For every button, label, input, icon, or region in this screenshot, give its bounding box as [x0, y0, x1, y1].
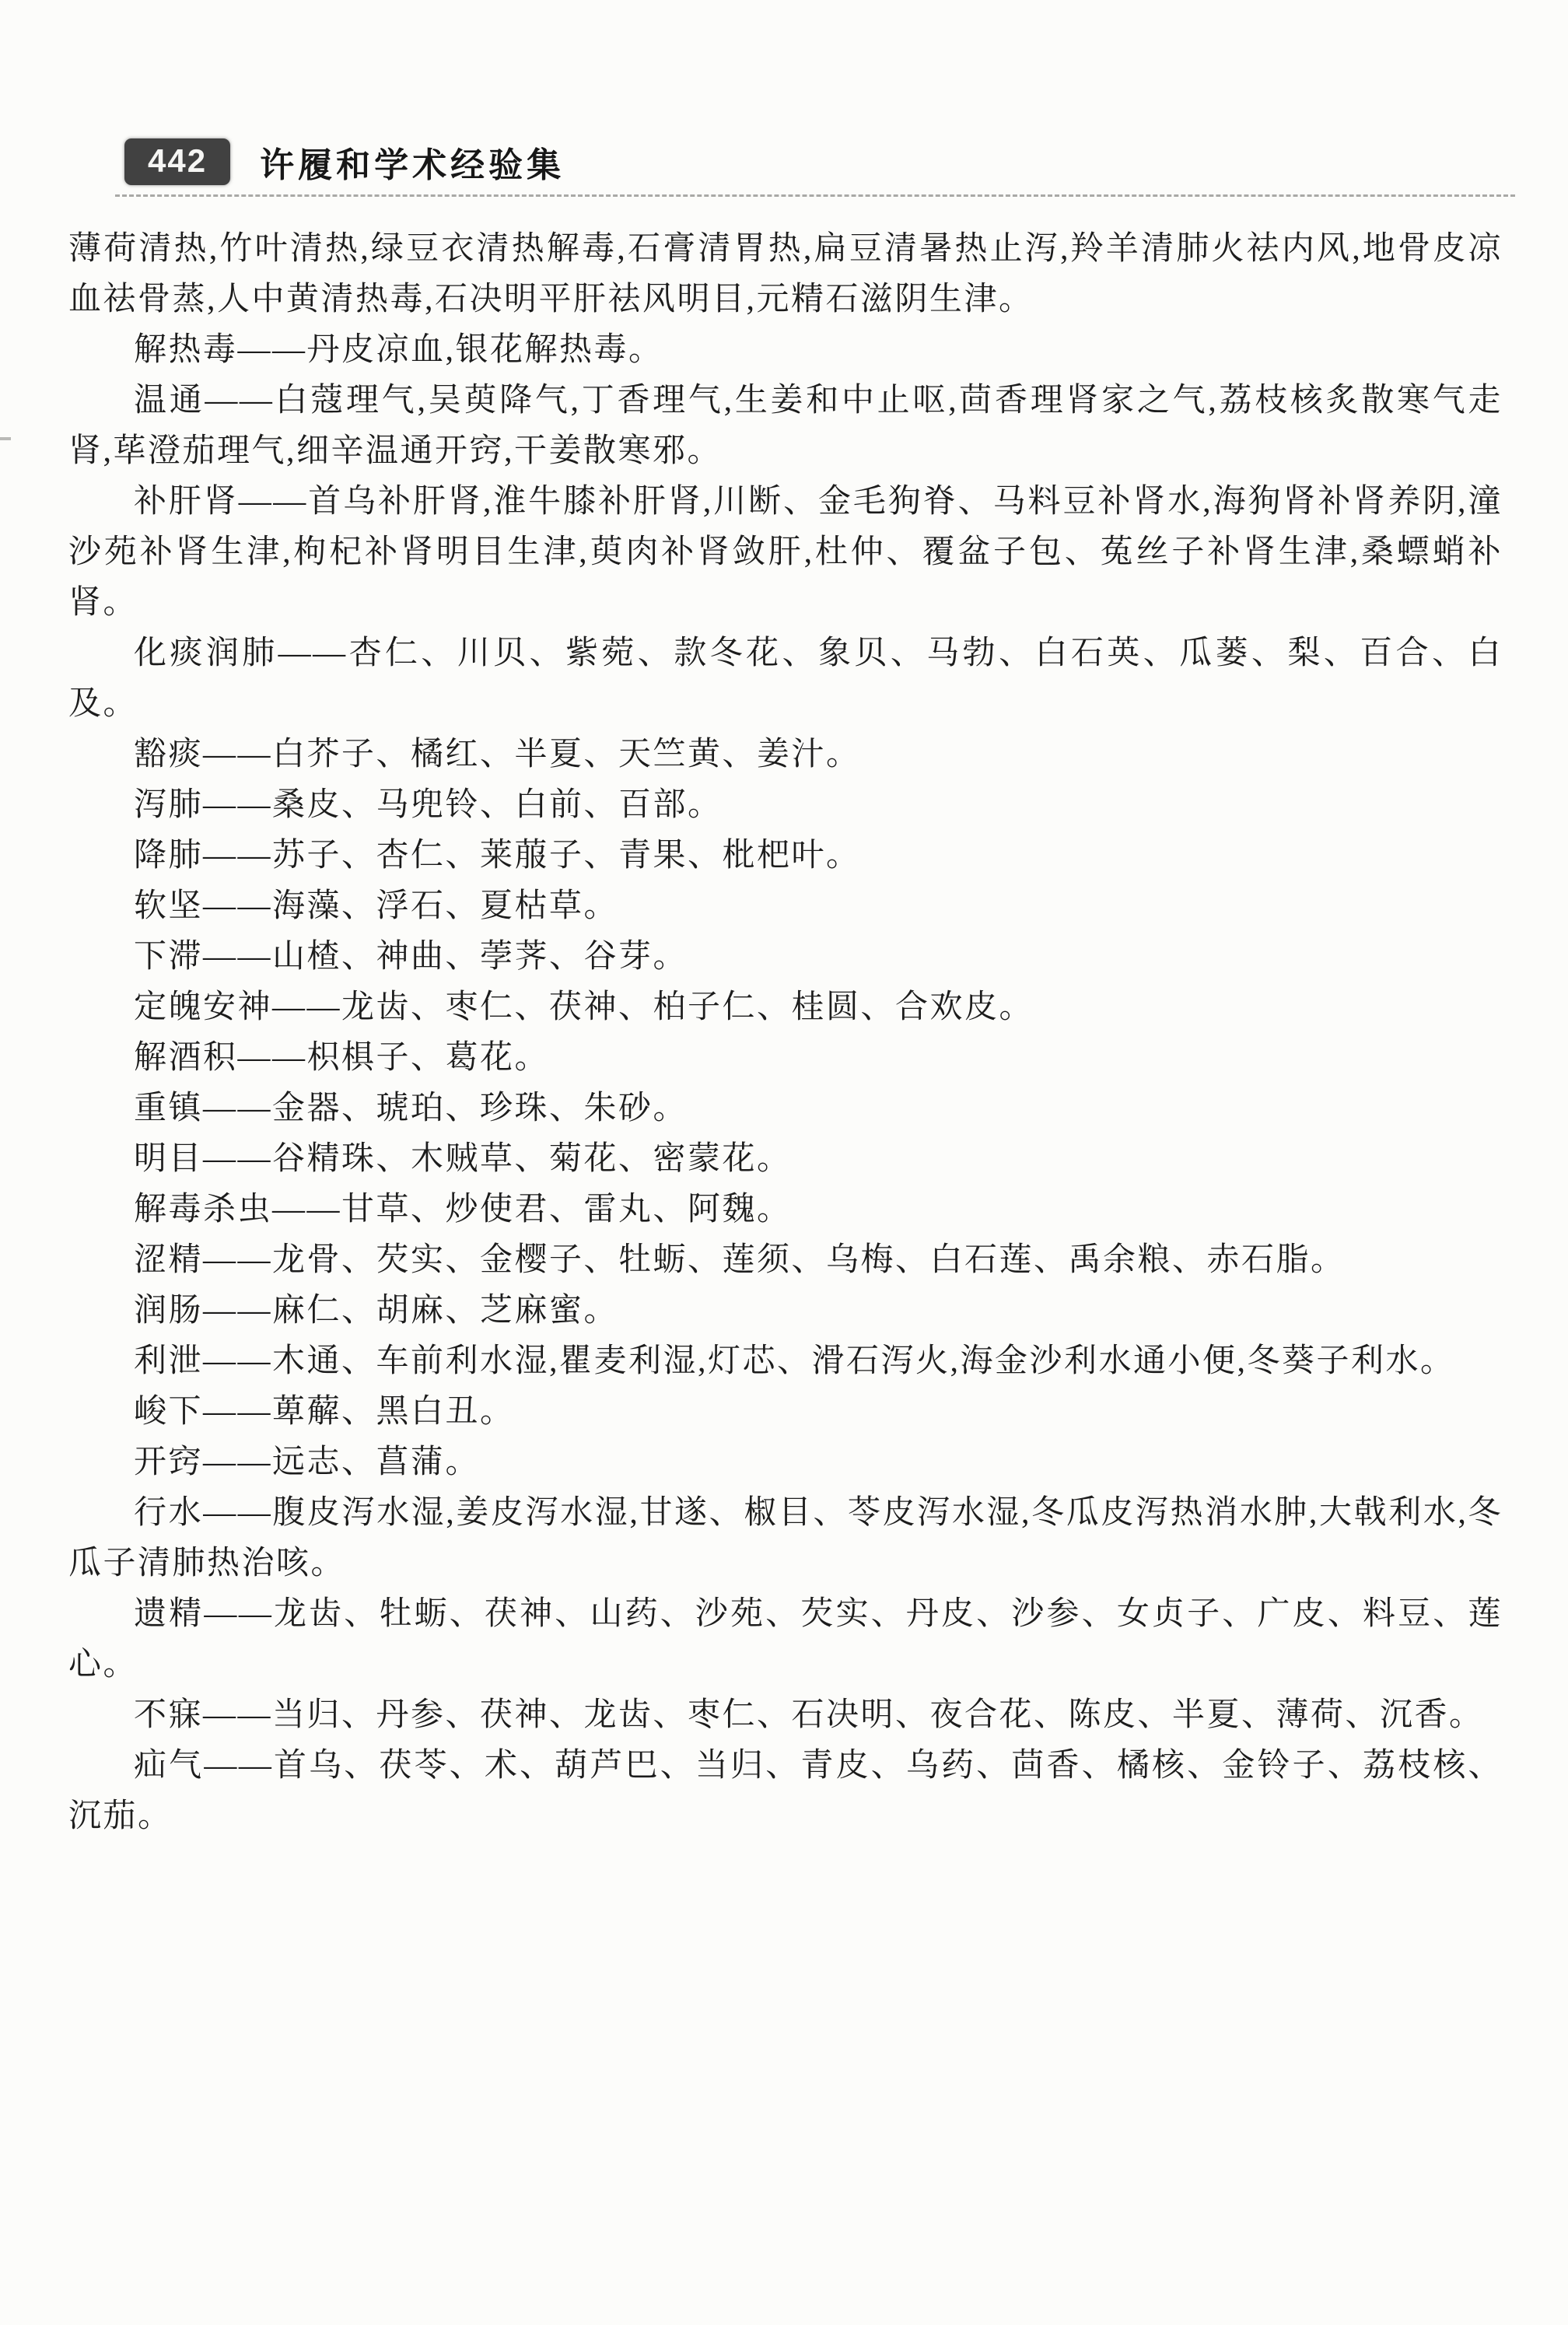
running-head: 442 许履和学术经验集 [124, 137, 565, 187]
paragraph: 温通——白蔻理气,吴萸降气,丁香理气,生姜和中止呕,茴香理肾家之气,荔枝核炙散寒… [68, 376, 1503, 477]
paragraph: 涩精——龙骨、芡实、金樱子、牡蛎、莲须、乌梅、白石莲、禹余粮、赤石脂。 [68, 1235, 1503, 1286]
paragraph: 薄荷清热,竹叶清热,绿豆衣清热解毒,石膏清胃热,扁豆清暑热止泻,羚羊清肺火祛内风… [68, 224, 1503, 325]
page-number-badge: 442 [124, 138, 230, 185]
paragraph: 软坚——海藻、浮石、夏枯草。 [68, 881, 1503, 932]
paragraph: 下滞——山楂、神曲、荸荠、谷芽。 [68, 932, 1503, 982]
paragraph: 化痰润肺——杏仁、川贝、紫菀、款冬花、象贝、马勃、白石英、瓜蒌、梨、百合、白及。 [68, 629, 1503, 730]
header-divider [115, 194, 1515, 197]
paragraph: 解热毒——丹皮凉血,银花解热毒。 [68, 325, 1503, 376]
paragraph: 行水——腹皮泻水湿,姜皮泻水湿,甘遂、椒目、苓皮泻水湿,冬瓜皮泻热消水肿,大戟利… [68, 1488, 1503, 1589]
paragraph: 补肝肾——首乌补肝肾,淮牛膝补肝肾,川断、金毛狗脊、马料豆补肾水,海狗肾补肾养阴… [68, 477, 1503, 629]
paragraph: 开窍——远志、菖蒲。 [68, 1437, 1503, 1488]
paragraph: 定魄安神——龙齿、枣仁、茯神、柏子仁、桂圆、合欢皮。 [68, 982, 1503, 1033]
paragraph: 豁痰——白芥子、橘红、半夏、天竺黄、姜汁。 [68, 730, 1503, 780]
paragraph: 泻肺——桑皮、马兜铃、白前、百部。 [68, 780, 1503, 831]
paragraph: 降肺——苏子、杏仁、莱菔子、青果、枇杷叶。 [68, 831, 1503, 881]
page-body-text: 薄荷清热,竹叶清热,绿豆衣清热解毒,石膏清胃热,扁豆清暑热止泻,羚羊清肺火祛内风… [68, 224, 1503, 1842]
paragraph: 不寐——当归、丹参、茯神、龙齿、枣仁、石决明、夜合花、陈皮、半夏、薄荷、沉香。 [68, 1690, 1503, 1741]
scan-artifact [0, 437, 11, 440]
paragraph: 利泄——木通、车前利水湿,瞿麦利湿,灯芯、滑石泻火,海金沙利水通小便,冬葵子利水… [68, 1336, 1503, 1387]
book-title: 许履和学术经验集 [260, 137, 565, 187]
paragraph: 润肠——麻仁、胡麻、芝麻蜜。 [68, 1286, 1503, 1336]
scanned-book-page: 442 许履和学术经验集 薄荷清热,竹叶清热,绿豆衣清热解毒,石膏清胃热,扁豆清… [0, 0, 1568, 2325]
paragraph: 重镇——金器、琥珀、珍珠、朱砂。 [68, 1084, 1503, 1134]
paragraph: 遗精——龙齿、牡蛎、茯神、山药、沙苑、芡实、丹皮、沙参、女贞子、广皮、料豆、莲心… [68, 1589, 1503, 1690]
paragraph: 明目——谷精珠、木贼草、菊花、密蒙花。 [68, 1134, 1503, 1185]
paragraph: 峻下——萆薢、黑白丑。 [68, 1387, 1503, 1437]
paragraph: 解酒积——枳椇子、葛花。 [68, 1033, 1503, 1084]
paragraph: 疝气——首乌、茯苓、术、葫芦巴、当归、青皮、乌药、茴香、橘核、金铃子、荔枝核、沉… [68, 1741, 1503, 1842]
paragraph: 解毒杀虫——甘草、炒使君、雷丸、阿魏。 [68, 1185, 1503, 1235]
